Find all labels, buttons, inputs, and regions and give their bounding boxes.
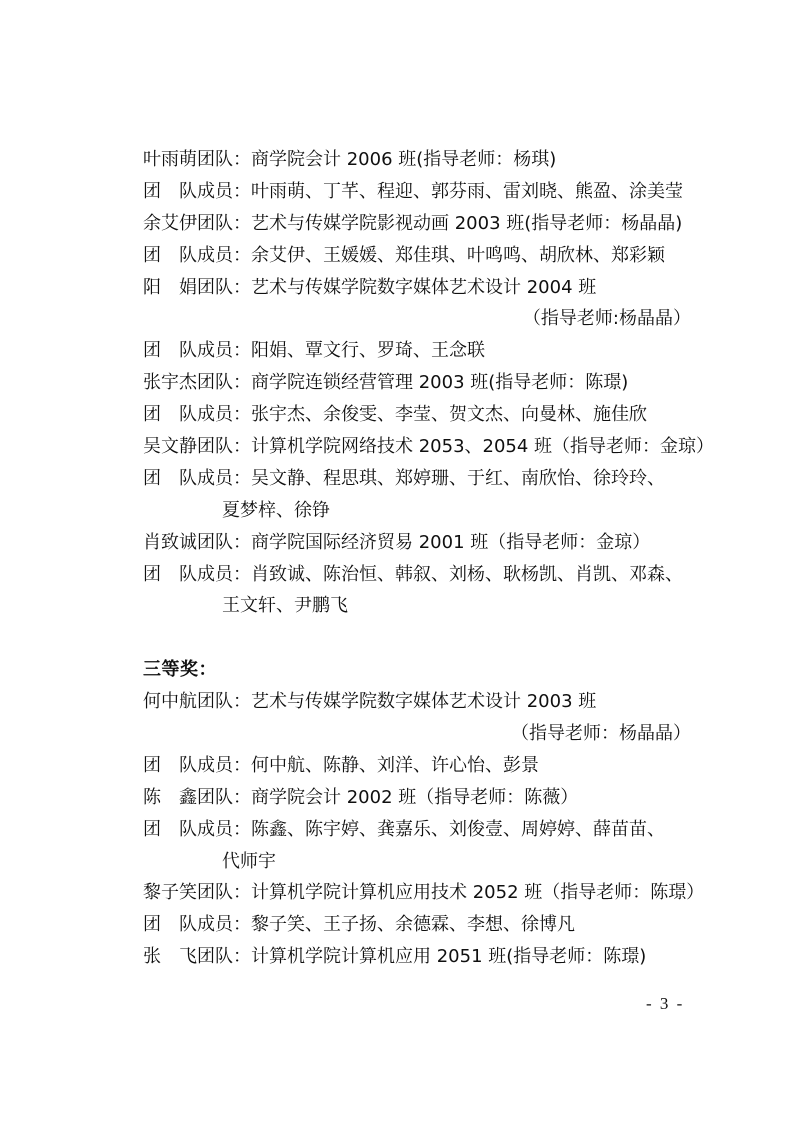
teacher-credit-line: （指导老师：杨晶晶） — [143, 718, 691, 750]
award-list: 叶雨萌团队：商学院会计 2006 班(指导老师：杨琪)团 队成员：叶雨萌、丁芊、… — [143, 144, 691, 973]
team-line: 张宇杰团队：商学院连锁经营管理 2003 班(指导老师：陈璟) — [143, 367, 691, 399]
document-page: 叶雨萌团队：商学院会计 2006 班(指导老师：杨琪)团 队成员：叶雨萌、丁芊、… — [0, 0, 794, 1123]
team-line: 叶雨萌团队：商学院会计 2006 班(指导老师：杨琪) — [143, 144, 691, 176]
members-continuation-line: 代师宇 — [143, 846, 691, 878]
team-line: 吴文静团队：计算机学院网络技术 2053、2054 班（指导老师：金琼） — [143, 431, 691, 463]
members-continuation-line: 王文轩、尹鹏飞 — [143, 590, 691, 622]
blank-line — [143, 622, 691, 654]
team-line: 阳 娟团队：艺术与传媒学院数字媒体艺术设计 2004 班 — [143, 272, 691, 304]
members-line: 团 队成员：叶雨萌、丁芊、程迎、郭芬雨、雷刘晓、熊盈、涂美莹 — [143, 176, 691, 208]
members-line: 团 队成员：张宇杰、余俊雯、李莹、贺文杰、向曼林、施佳欣 — [143, 399, 691, 431]
team-line: 肖致诚团队：商学院国际经济贸易 2001 班（指导老师：金琼） — [143, 527, 691, 559]
members-line: 团 队成员：肖致诚、陈治恒、韩叙、刘杨、耿杨凯、肖凯、邓森、 — [143, 559, 691, 591]
members-line: 团 队成员：何中航、陈静、刘洋、许心怡、彭景 — [143, 750, 691, 782]
team-line: 何中航团队：艺术与传媒学院数字媒体艺术设计 2003 班 — [143, 686, 691, 718]
members-line: 团 队成员：余艾伊、王媛媛、郑佳琪、叶鸣鸣、胡欣林、郑彩颖 — [143, 240, 691, 272]
members-line: 团 队成员：陈鑫、陈宇婷、龚嘉乐、刘俊壹、周婷婷、薛苗苗、 — [143, 814, 691, 846]
page-number: - 3 - — [646, 994, 684, 1014]
team-line: 陈 鑫团队：商学院会计 2002 班（指导老师：陈薇） — [143, 782, 691, 814]
members-continuation-line: 夏梦梓、徐铮 — [143, 495, 691, 527]
team-line: 黎子笑团队：计算机学院计算机应用技术 2052 班（指导老师：陈璟） — [143, 877, 691, 909]
members-line: 团 队成员：阳娟、覃文行、罗琦、王念联 — [143, 335, 691, 367]
team-line: 张 飞团队：计算机学院计算机应用 2051 班(指导老师：陈璟) — [143, 941, 691, 973]
members-line: 团 队成员：黎子笑、王子扬、余德霖、李想、徐博凡 — [143, 909, 691, 941]
section-heading: 三等奖： — [143, 654, 691, 686]
team-line: 余艾伊团队：艺术与传媒学院影视动画 2003 班(指导老师：杨晶晶) — [143, 208, 691, 240]
members-line: 团 队成员：吴文静、程思琪、郑婷珊、于红、南欣怡、徐玲玲、 — [143, 463, 691, 495]
teacher-credit-line: （指导老师:杨晶晶） — [143, 303, 691, 335]
